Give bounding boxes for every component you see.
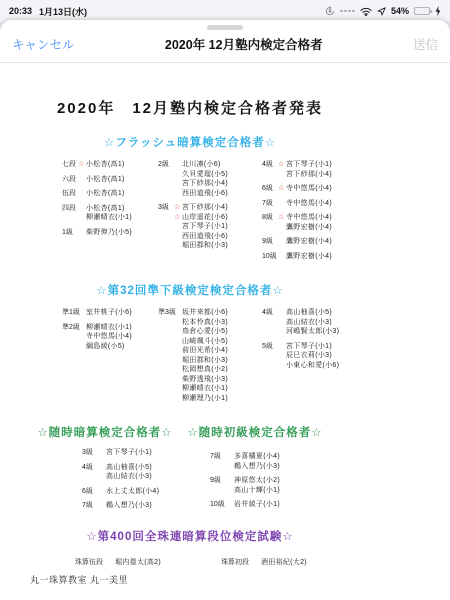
star-icon: ☆ [278,160,285,170]
rank-group: 9級神原悠太(小2)高山十輝(小1) [210,476,330,495]
passer-name: 高山柚喜(小5) [106,463,152,473]
rank-group: 10級岩井綾子(小1) [210,500,330,510]
passer-name: 柳瀬理乃(小1) [182,394,228,404]
name-list: 岩井綾子(小1) [232,500,280,510]
rank-label: 6級 [82,487,104,497]
passer-name: 高山柚喜(小5) [286,308,339,318]
rank-group: 準1級室井桃子(小6) [62,308,158,318]
passer-name: 多喜橘夏(小4) [234,452,280,462]
rank-group: 7級多喜橘夏(小4)鵜入想乃(小3) [210,452,330,471]
rank-label: 7級 [210,452,232,471]
passer-name: 宮下紗那(小4) [182,179,228,189]
rank-group: 4級高山柚喜(小5)高山結衣(小3)河嶋賢太郎(小3) [262,308,380,337]
rank-label: 準1級 [62,308,84,318]
passer-name: 久貝愛瑠(小5) [182,170,228,180]
rank-label: 3級 [82,448,104,458]
section-dan-exam: ☆第400回全珠連暗算段位検定試験☆珠算伍段堀内塁太(高2)珠算初段酒田裕紀(大… [30,530,350,568]
section-header: ☆第32回準下級検定検定合格者☆ [30,284,350,298]
send-button[interactable]: 送信 [413,35,438,53]
section-body: 7級多喜橘夏(小4)鵜入想乃(小3)9級神原悠太(小2)高山十輝(小1)10級岩… [180,452,330,510]
passer-name: 高山十輝(小1) [234,486,280,496]
passer-name: 宮下琴子(小1) [182,222,228,232]
section-columns: 七段☆小松杏(高1)六段小松杏(高1)伍段小松杏(高1)四段小松杏(高1)柳瀬晴… [62,160,350,266]
compose-sheet: キャンセル 2020年 12月塾内検定合格者 送信 2020年 12月塾内検定合… [0,20,450,600]
name-list: 室井桃子(小6) [84,308,132,318]
cellular-signal-icon [340,10,355,13]
passer-name: 柴野伸乃(小5) [86,228,132,238]
section-body: 3級宮下琴子(小1)4級高山柚喜(小5)高山結衣(小3)6級水上丈太郎(小4)7… [30,448,180,511]
passer-name: 宮下紗那(小4) [286,170,332,180]
passer-name: 宮下琴子(小1) [286,342,339,352]
battery-percent-label: 54% [391,6,409,16]
passer-name: 寺中悠馬(小4) [86,332,132,342]
name-list: 高山柚喜(小5)高山結衣(小3) [104,463,152,482]
rank-label: 5級 [262,342,284,371]
passer-name: ☆宮下紗那(小4) [182,203,228,213]
name-list: 鷹野宏樹(小4) [284,252,332,262]
rank-label: 準2級 [62,323,84,352]
rank-group: 六段小松杏(高1) [62,175,158,185]
name-list: ☆宮下紗那(小4)☆山岸遥花(小6)宮下琴子(小1)西田道飛(小6)堀田郡和(小… [180,203,228,251]
column-1: 準1級室井桃子(小6)準2級柳瀬晴衣(小1)寺中悠馬(小4)綱島綾(小5) [62,308,158,356]
passer-name: 小松杏(高1) [86,189,125,199]
rank-group: 四段小松杏(高1)柳瀬晴衣(小1) [62,204,158,223]
section-header: ☆随時暗算検定合格者☆ [30,426,180,440]
passer-name: ☆山岸遥花(小6) [182,213,228,223]
rank-group: 8級☆寺中悠馬(小4)鷹野宏樹(小4) [262,213,380,232]
rank-label: 1級 [62,228,84,238]
rank-label: 4級 [262,308,284,337]
column-3: 4級高山柚喜(小5)高山結衣(小3)河嶋賢太郎(小3)5級宮下琴子(小1)辰巳衣… [262,308,380,375]
rank-group: 伍段小松杏(高1) [62,189,158,199]
passer-name: 堀内塁太(高2) [115,558,161,568]
star-icon: ☆ [174,203,181,213]
dan-result: 珠算初段酒田裕紀(大2) [221,558,307,568]
rank-label: 六段 [62,175,84,185]
passer-name: 宮下琴子(小1) [106,448,152,458]
passer-name: 柳瀬晴衣(小1) [182,384,228,394]
passer-name: 坂井来都(小6) [182,308,228,318]
name-list: ☆小松杏(高1) [84,160,125,170]
rank-label: 7級 [82,501,104,511]
passer-name: 酒田裕紀(大2) [261,558,307,568]
column-3: 4級☆宮下琴子(小1)宮下紗那(小4)6級☆寺中悠馬(小4)7級寺中悠馬(小4)… [262,160,380,266]
star-icon: ☆ [278,184,285,194]
charging-bolt-icon [435,6,441,16]
passer-name: 山崎颯斗(小5) [182,337,228,347]
star-icon: ☆ [78,160,85,170]
name-list: 柳瀬晴衣(小1)寺中悠馬(小4)綱島綾(小5) [84,323,132,352]
section-zuiji-anzan: ☆随時暗算検定合格者☆3級宮下琴子(小1)4級高山柚喜(小5)高山結衣(小3)6… [30,412,180,516]
section-header: ☆フラッシュ暗算検定合格者☆ [30,136,350,150]
status-bar: 20:33 1月13日(水) 54% [0,0,450,22]
section-jun-kakyu: ☆第32回準下級検定検定合格者☆準1級室井桃子(小6)準2級柳瀬晴衣(小1)寺中… [30,284,350,408]
name-list: 坂井来都(小6)松本怜真(小3)鳥倉心愛(小5)山崎颯斗(小5)前田光希(小4)… [180,308,228,403]
name-list: ☆寺中悠馬(小4) [284,184,332,194]
dan-results-row: 珠算伍段堀内塁太(高2)珠算初段酒田裕紀(大2) [30,558,350,568]
passer-name: 綱島綾(小5) [86,342,132,352]
name-list: 小松杏(高1)柳瀬晴衣(小1) [84,204,132,223]
name-list: 鵜入想乃(小3) [104,501,152,511]
rank-label: 伍段 [62,189,84,199]
passer-name: 小松杏(高1) [86,204,132,214]
passer-name: 河嶋賢太郎(小3) [286,327,339,337]
battery-icon [414,7,430,15]
section-header: ☆随時初級検定合格者☆ [180,426,330,440]
rank-group: 1級柴野伸乃(小5) [62,228,158,238]
name-list: 高山柚喜(小5)高山結衣(小3)河嶋賢太郎(小3) [284,308,339,337]
compose-title: 2020年 12月塾内検定合格者 [165,35,323,53]
rank-label: 珠算初段 [221,558,261,568]
passer-name: 北川凛(小6) [182,160,228,170]
name-list: 水上丈太郎(小4) [104,487,159,497]
name-list: 鷹野宏樹(小4) [284,237,332,247]
rank-group: 3級宮下琴子(小1) [82,448,180,458]
rank-label: 四段 [62,204,84,223]
rank-group: 七段☆小松杏(高1) [62,160,158,170]
rank-label: 2級 [158,160,180,198]
passer-name: 鵜入想乃(小3) [106,501,152,511]
passer-name: 高山結衣(小3) [286,318,339,328]
status-bar-right: 54% [325,6,441,16]
document-footer: 丸一珠算教室 丸一美里 [30,573,128,586]
message-body[interactable]: 2020年 12月塾内検定合格者発表 ☆フラッシュ暗算検定合格者☆七段☆小松杏(… [0,76,450,600]
passer-name: 辰巳衣莉(小3) [286,351,339,361]
date-label: 1月13日(水) [39,5,87,18]
passer-name: 前田光希(小4) [182,346,228,356]
passer-name: ☆小松杏(高1) [86,160,125,170]
rank-group: 4級高山柚喜(小5)高山結衣(小3) [82,463,180,482]
passer-name: 鷹野宏樹(小4) [286,237,332,247]
rank-label: 9級 [262,237,284,247]
section-zuiji-shokyu: ☆随時初級検定合格者☆7級多喜橘夏(小4)鵜入想乃(小3)9級神原悠太(小2)高… [180,412,330,516]
rank-group: 5級宮下琴子(小1)辰巳衣莉(小3)小東心和愛(小6) [262,342,380,371]
passer-name: ☆寺中悠馬(小4) [286,184,332,194]
passer-name: 高山結衣(小3) [106,472,152,482]
section-header: ☆第400回全珠連暗算段位検定試験☆ [30,530,350,544]
rank-group: 4級☆宮下琴子(小1)宮下紗那(小4) [262,160,380,179]
passer-name: 西田道飛(小6) [182,232,228,242]
section-zuiji: ☆随時暗算検定合格者☆3級宮下琴子(小1)4級高山柚喜(小5)高山結衣(小3)6… [30,412,350,516]
passer-name: 寺中悠馬(小4) [286,199,332,209]
name-list: 北川凛(小6)久貝愛瑠(小5)宮下紗那(小4)西田道飛(小6) [180,160,228,198]
passer-name: 水上丈太郎(小4) [106,487,159,497]
section-columns: 準1級室井桃子(小6)準2級柳瀬晴衣(小1)寺中悠馬(小4)綱島綾(小5)準3級… [62,308,350,408]
section-flash-anzan: ☆フラッシュ暗算検定合格者☆七段☆小松杏(高1)六段小松杏(高1)伍段小松杏(高… [30,136,350,266]
passer-name: 柳瀬晴衣(小1) [86,323,132,333]
column-2: 2級北川凛(小6)久貝愛瑠(小5)宮下紗那(小4)西田道飛(小6)3級☆宮下紗那… [158,160,262,256]
rank-group: 10級鷹野宏樹(小4) [262,252,380,262]
star-icon: ☆ [174,213,181,223]
rank-group: 6級☆寺中悠馬(小4) [262,184,380,194]
passer-name: 神原悠太(小2) [234,476,280,486]
passer-name: 堀田郡和(小3) [182,241,228,251]
name-list: 小松杏(高1) [84,175,125,185]
passer-name: 小東心和愛(小6) [286,361,339,371]
name-list: 神原悠太(小2)高山十輝(小1) [232,476,280,495]
star-icon: ☆ [278,213,285,223]
name-list: 小松杏(高1) [84,189,125,199]
rank-label: 珠算伍段 [75,558,115,568]
name-list: 多喜橘夏(小4)鵜入想乃(小3) [232,452,280,471]
rank-label: 10級 [210,500,232,510]
name-list: 寺中悠馬(小4) [284,199,332,209]
rank-label: 10級 [262,252,284,262]
passer-name: 鳥倉心愛(小5) [182,327,228,337]
passer-name: ☆宮下琴子(小1) [286,160,332,170]
document-sections: ☆フラッシュ暗算検定合格者☆七段☆小松杏(高1)六段小松杏(高1)伍段小松杏(高… [30,136,350,568]
rank-group: 準3級坂井来都(小6)松本怜真(小3)鳥倉心愛(小5)山崎颯斗(小5)前田光希(… [158,308,262,403]
name-list: 宮下琴子(小1)辰巳衣莉(小3)小東心和愛(小6) [284,342,339,371]
rank-group: 7級鵜入想乃(小3) [82,501,180,511]
location-arrow-icon [377,7,386,16]
passer-name: 鷹野宏樹(小4) [286,252,332,262]
wifi-icon [360,7,372,16]
rank-group: 7級寺中悠馬(小4) [262,199,380,209]
passer-name: ☆寺中悠馬(小4) [286,213,332,223]
name-list: 柴野伸乃(小5) [84,228,132,238]
status-bar-left: 20:33 1月13日(水) [9,5,87,18]
document-content: 2020年 12月塾内検定合格者発表 ☆フラッシュ暗算検定合格者☆七段☆小松杏(… [30,100,350,568]
clock-label: 20:33 [9,6,32,16]
column-2: 準3級坂井来都(小6)松本怜真(小3)鳥倉心愛(小5)山崎颯斗(小5)前田光希(… [158,308,262,408]
document-title: 2020年 12月塾内検定合格者発表 [30,100,350,118]
passer-name: 西田道飛(小6) [182,189,228,199]
passer-name: 松岡想真(小2) [182,365,228,375]
passer-name: 堀田郡和(小3) [182,356,228,366]
rank-label: 準3級 [158,308,180,403]
passer-name: 室井桃子(小6) [86,308,132,318]
rotation-lock-icon [325,6,335,16]
passer-name: 松本怜真(小3) [182,318,228,328]
compose-nav-bar: キャンセル 2020年 12月塾内検定合格者 送信 [0,30,450,63]
passer-name: 柳瀬晴衣(小1) [86,213,132,223]
name-list: ☆宮下琴子(小1)宮下紗那(小4) [284,160,332,179]
cancel-button[interactable]: キャンセル [12,35,75,53]
rank-label: 9級 [210,476,232,495]
rank-group: 3級☆宮下紗那(小4)☆山岸遥花(小6)宮下琴子(小1)西田道飛(小6)堀田郡和… [158,203,262,251]
passer-name: 岩井綾子(小1) [234,500,280,510]
passer-name: 鵜入想乃(小3) [234,462,280,472]
dan-result: 珠算伍段堀内塁太(高2) [75,558,161,568]
name-list: ☆寺中悠馬(小4)鷹野宏樹(小4) [284,213,332,232]
rank-group: 準2級柳瀬晴衣(小1)寺中悠馬(小4)綱島綾(小5) [62,323,158,352]
column-1: 七段☆小松杏(高1)六段小松杏(高1)伍段小松杏(高1)四段小松杏(高1)柳瀬晴… [62,160,158,242]
rank-label: 7級 [262,199,284,209]
passer-name: 小松杏(高1) [86,175,125,185]
rank-group: 2級北川凛(小6)久貝愛瑠(小5)宮下紗那(小4)西田道飛(小6) [158,160,262,198]
passer-name: 鷹野宏樹(小4) [286,223,332,233]
name-list: 宮下琴子(小1) [104,448,152,458]
rank-group: 9級鷹野宏樹(小4) [262,237,380,247]
rank-label: 4級 [82,463,104,482]
rank-group: 6級水上丈太郎(小4) [82,487,180,497]
passer-name: 柴野透飛(小3) [182,375,228,385]
